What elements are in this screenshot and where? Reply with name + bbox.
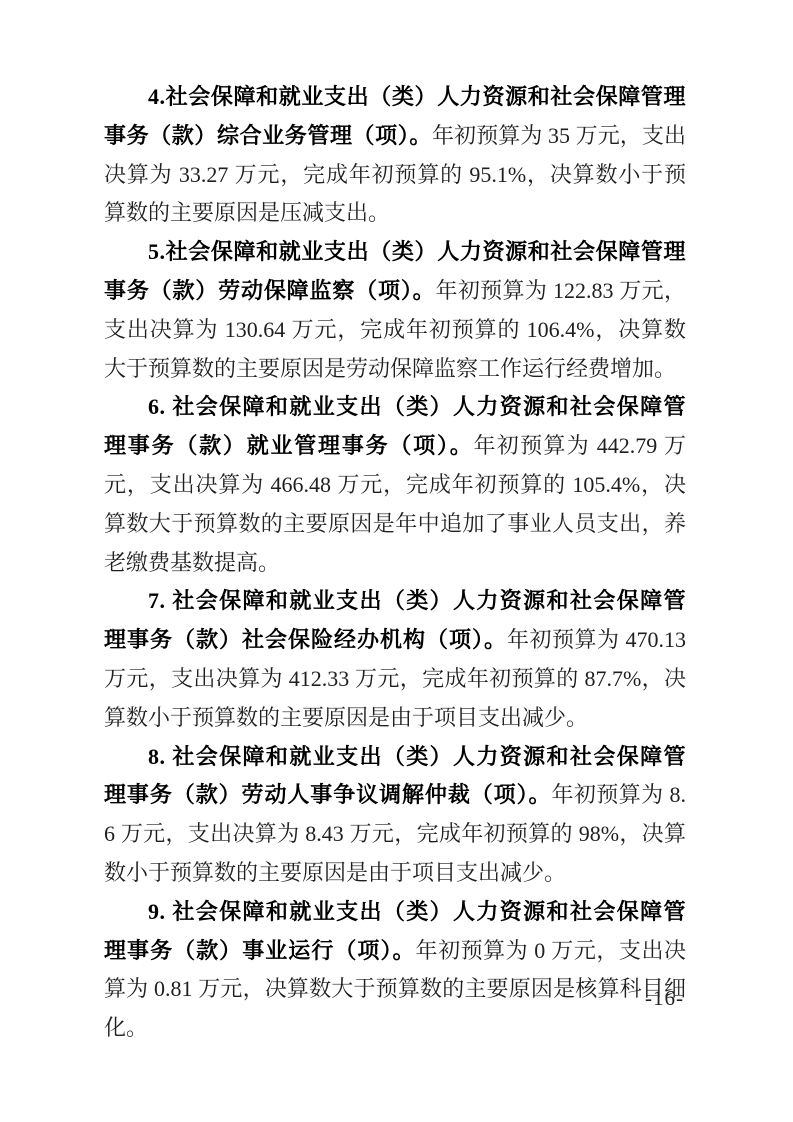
budget-item-paragraph-4: 4.社会保障和就业支出（类）人力资源和社会保障管理事务（款）综合业务管理（项）。… [104, 78, 686, 233]
budget-item-paragraph-6: 6. 社会保障和就业支出（类）人力资源和社会保障管理事务（款）就业管理事务（项）… [104, 388, 686, 582]
page-number: -16- [645, 986, 745, 1011]
budget-item-paragraph-5: 5.社会保障和就业支出（类）人力资源和社会保障管理事务（款）劳动保障监察（项）。… [104, 233, 686, 388]
budget-item-paragraph-9: 9. 社会保障和就业支出（类）人力资源和社会保障管理事务（款）事业运行（项）。年… [104, 893, 686, 1048]
document-body: 4.社会保障和就业支出（类）人力资源和社会保障管理事务（款）综合业务管理（项）。… [104, 78, 686, 1048]
document-page: 4.社会保障和就业支出（类）人力资源和社会保障管理事务（款）综合业务管理（项）。… [0, 0, 793, 1122]
budget-item-paragraph-7: 7. 社会保障和就业支出（类）人力资源和社会保障管理事务（款）社会保险经办机构（… [104, 582, 686, 737]
budget-item-paragraph-8: 8. 社会保障和就业支出（类）人力资源和社会保障管理事务（款）劳动人事争议调解仲… [104, 738, 686, 893]
